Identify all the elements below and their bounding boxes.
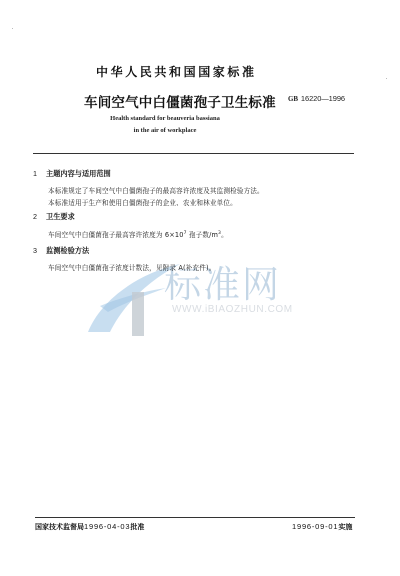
sentence-end: 。 <box>221 231 228 239</box>
section-3-heading: 3监测检验方法 <box>33 246 89 256</box>
effective-label: 实施 <box>338 523 352 531</box>
standard-code: 16220—1996 <box>301 94 345 103</box>
effective-date: 1996-09-01 <box>292 522 338 531</box>
section-2-heading: 2卫生要求 <box>33 212 75 222</box>
section-number: 2 <box>33 212 46 221</box>
section-1-paragraph-2: 本标准适用于生产和使用白僵菌孢子的企业、农业和林业单位。 <box>48 197 237 207</box>
section-title: 卫生要求 <box>46 212 75 221</box>
section-number: 1 <box>33 169 46 178</box>
scan-speck <box>386 78 387 79</box>
english-title-line-1: Health standard for beauveria bassiana <box>0 115 330 122</box>
scan-speck <box>12 28 13 29</box>
section-3-paragraph-1: 车间空气中白僵菌孢子浓度计数法，见附录 A(补充件)。 <box>48 262 215 272</box>
unit-text: 孢子数/m <box>187 231 218 239</box>
section-1-heading: 1主题内容与适用范围 <box>33 169 111 179</box>
approval-date: 1996-04-03 <box>84 522 130 531</box>
document-title: 车间空气中白僵菌孢子卫生标准 <box>84 91 276 111</box>
section-2-paragraph-1: 车间空气中白僵菌孢子最高容许浓度为 6×107 孢子数/m3。 <box>48 229 228 239</box>
watermark-url-text: WWW.iBIAOZHUN.COM <box>172 304 293 315</box>
section-number: 3 <box>33 246 46 255</box>
standard-number: GB16220—1996 <box>288 94 345 103</box>
section-title: 主题内容与适用范围 <box>46 169 111 178</box>
approval-label: 批准 <box>130 523 144 531</box>
approver: 国家技术监督局 <box>35 523 84 531</box>
approval-info: 国家技术监督局1996-04-03批准 <box>35 522 144 532</box>
effective-info: 1996-09-01实施 <box>292 522 352 532</box>
section-1-paragraph-1: 本标准规定了车间空气中白僵菌孢子的最高容许浓度及其监测检验方法。 <box>48 185 264 195</box>
header-divider <box>33 153 354 154</box>
footer-divider <box>35 517 355 518</box>
section-title: 监测检验方法 <box>46 246 89 255</box>
issuer-heading: 中华人民共和国国家标准 <box>0 63 400 80</box>
standard-prefix: GB <box>288 95 298 103</box>
english-title-line-2: in the air of workplace <box>0 127 330 134</box>
concentration-text: 车间空气中白僵菌孢子最高容许浓度为 6×10 <box>48 231 184 239</box>
